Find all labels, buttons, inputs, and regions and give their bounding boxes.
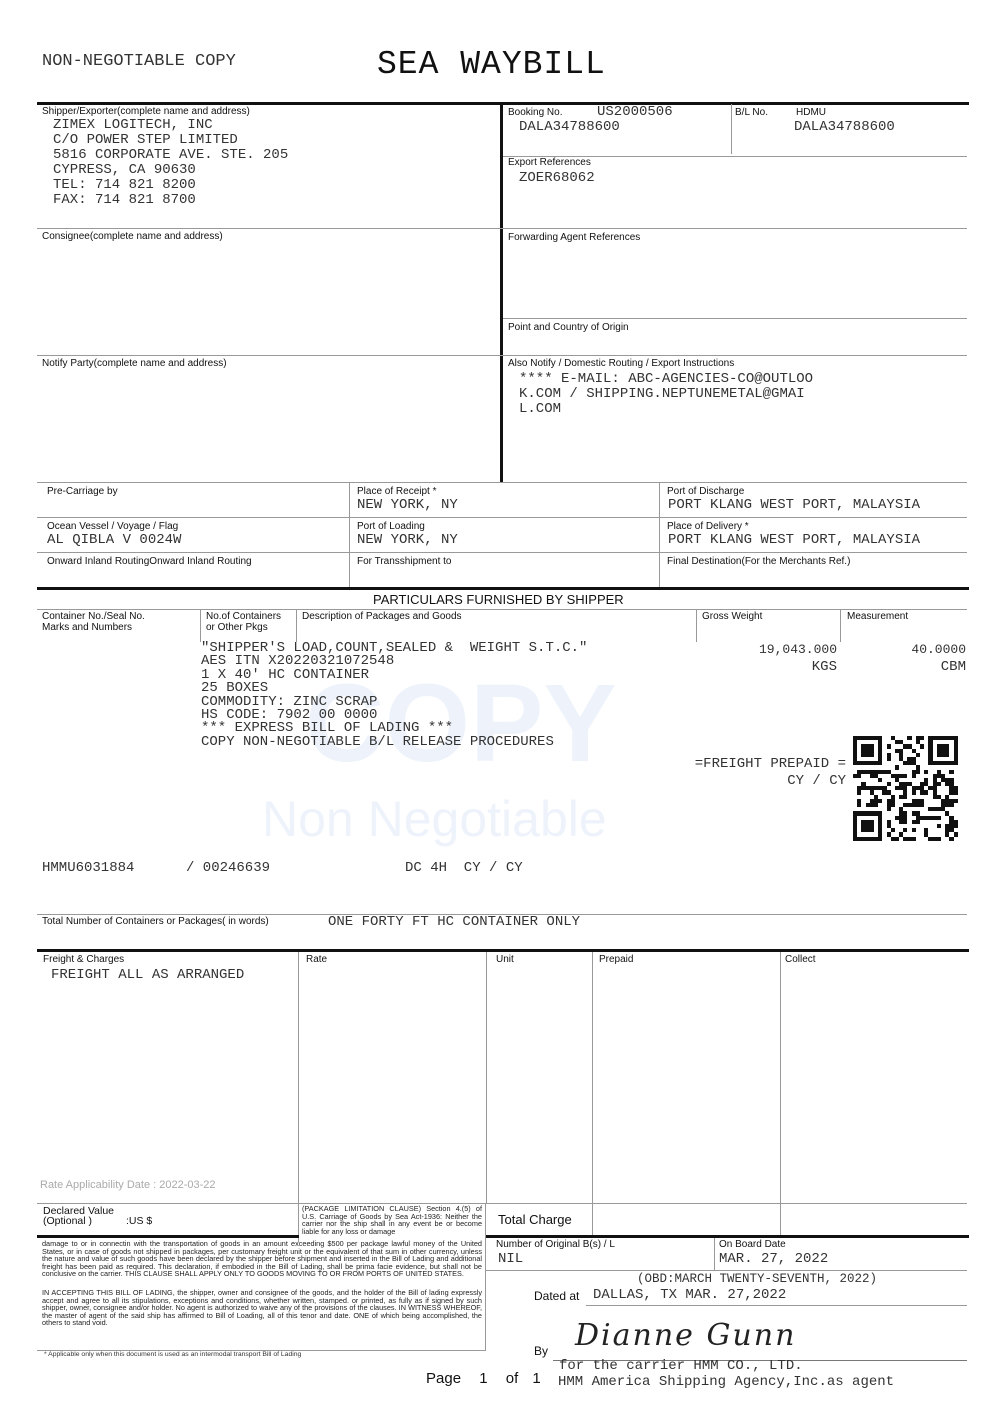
ocean-vessel-value: AL QIBLA V 0024W (47, 533, 181, 548)
divider (37, 1203, 967, 1204)
notify-party-label: Notify Party(complete name and address) (42, 358, 227, 369)
num-containers-header: No.of Containers or Other Pkgs (206, 611, 281, 633)
divider (37, 587, 969, 590)
page-label: Page (426, 1370, 461, 1387)
freight-prepaid-note: =FREIGHT PREPAID = (695, 756, 846, 772)
of-label: of (506, 1370, 519, 1387)
particulars-title: PARTICULARS FURNISHED BY SHIPPER (373, 592, 624, 607)
divider (349, 483, 350, 588)
export-references-label: Export References (508, 157, 591, 168)
dated-at-label: Dated at (534, 1289, 579, 1303)
also-notify-label: Also Notify / Domestic Routing / Export … (508, 358, 734, 369)
also-notify-value: **** E-MAIL: ABC-AGENCIES-CO@OUTLOO K.CO… (519, 372, 813, 417)
divider (37, 1235, 299, 1238)
shipper-address: ZIMEX LOGITECH, INC C/O POWER STEP LIMIT… (53, 118, 288, 208)
goods-description: "SHIPPER'S LOAD,COUNT,SEALED & WEIGHT S.… (201, 642, 587, 749)
divider (586, 1305, 967, 1306)
place-of-receipt-label: Place of Receipt * (357, 486, 437, 497)
current-page: 1 (479, 1370, 487, 1387)
divider (37, 517, 967, 518)
port-of-discharge-value: PORT KLANG WEST PORT, MALAYSIA (668, 498, 920, 513)
declared-value-currency: :US $ (126, 1215, 152, 1227)
on-board-date-label: On Board Date (719, 1239, 786, 1250)
charges-header-prepaid: Prepaid (599, 954, 633, 965)
divider (486, 952, 487, 1204)
ocean-vessel-label: Ocean Vessel / Voyage / Flag (47, 521, 178, 532)
charges-header-unit: Unit (496, 954, 514, 965)
divider (37, 482, 967, 483)
freight-terms: CY / CY (787, 773, 846, 789)
measurement-header: Measurement (847, 611, 908, 622)
divider (714, 1238, 715, 1270)
bl-number: DALA34788600 (794, 120, 895, 135)
charges-header-description: Freight & Charges (43, 954, 124, 965)
acceptance-clause: IN ACCEPTING THIS BILL OF LADING, the sh… (42, 1289, 482, 1327)
divider (37, 609, 967, 610)
divider (485, 1204, 486, 1351)
divider (696, 610, 697, 642)
total-packages-label: Total Number of Containers or Packages( … (42, 916, 269, 927)
origin-label: Point and Country of Origin (508, 322, 629, 333)
seal-number: / 00246639 (186, 860, 270, 876)
declared-value-label: Declared Value (Optional ) (43, 1206, 114, 1226)
carrier-line-1: for the carrier HMM CO., LTD. (559, 1358, 803, 1374)
gross-weight-value: 19,043.000 (759, 642, 837, 657)
booking-code: US2000506 (597, 105, 673, 120)
qr-code (853, 736, 958, 841)
package-limitation-clause: (PACKAGE LIMITATION CLAUSE) Section 4.(5… (302, 1205, 482, 1235)
charges-header-collect: Collect (785, 954, 816, 965)
document-title: SEA WAYBILL (377, 46, 606, 83)
divider (486, 1235, 969, 1238)
total-pages: 1 (532, 1370, 540, 1387)
container-header: Container No./Seal No. Marks and Numbers (42, 611, 145, 633)
description-header: Description of Packages and Goods (302, 611, 462, 622)
charge-description: FREIGHT ALL AS ARRANGED (51, 967, 244, 983)
on-board-date-value: MAR. 27, 2022 (719, 1252, 828, 1267)
originals-value: NIL (498, 1252, 523, 1267)
rate-applicability-date: Rate Applicability Date : 2022-03-22 (40, 1179, 216, 1191)
divider (200, 610, 201, 642)
shipper-label: Shipper/Exporter(complete name and addre… (42, 106, 250, 117)
consignee-label: Consignee(complete name and address) (42, 231, 223, 242)
booking-number: DALA34788600 (519, 120, 620, 135)
port-of-discharge-label: Port of Discharge (667, 486, 744, 497)
divider (592, 952, 593, 1237)
gross-weight-header: Gross Weight (702, 611, 762, 622)
total-charge-label: Total Charge (498, 1212, 572, 1227)
carrier-line-2: HMM America Shipping Agency,Inc.as agent (558, 1374, 894, 1390)
place-of-receipt-value: NEW YORK, NY (357, 498, 458, 513)
divider (37, 355, 967, 356)
center-divider (500, 102, 503, 482)
top-border (37, 102, 969, 105)
signature: Dianne Gunn (575, 1318, 796, 1353)
total-packages-value: ONE FORTY FT HC CONTAINER ONLY (328, 914, 580, 930)
intermodal-footnote: * Applicable only when this document is … (44, 1351, 301, 1358)
final-destination-label: Final Destination(For the Merchants Ref.… (667, 556, 850, 567)
transshipment-label: For Transshipment to (357, 556, 451, 567)
charges-header-rate: Rate (306, 954, 327, 965)
booking-label: Booking No. (508, 107, 562, 118)
bl-label: B/L No. (735, 107, 768, 118)
port-of-loading-label: Port of Loading (357, 521, 425, 532)
divider (503, 318, 967, 319)
divider (298, 952, 299, 1242)
measurement-unit: CBM (941, 659, 966, 675)
divider (37, 228, 967, 229)
declared-value-label-line2: (Optional ) (43, 1216, 114, 1226)
forwarding-agent-label: Forwarding Agent References (508, 232, 640, 243)
pre-carriage-label: Pre-Carriage by (47, 486, 118, 497)
divider (840, 610, 841, 642)
booking-bl-divider (731, 104, 732, 154)
obd-words: (OBD:MARCH TWENTY-SEVENTH, 2022) (637, 1272, 877, 1286)
place-of-delivery-label: Place of Delivery * (667, 521, 749, 532)
container-number: HMMU6031884 (42, 860, 134, 876)
gross-weight-unit: KGS (812, 659, 837, 675)
onward-routing-label: Onward Inland RoutingOnward Inland Routi… (47, 556, 252, 567)
measurement-value: 40.0000 (911, 642, 966, 657)
port-of-loading-value: NEW YORK, NY (357, 533, 458, 548)
non-negotiable-copy-label: NON-NEGOTIABLE COPY (42, 52, 236, 71)
divider (780, 952, 781, 1237)
divider (659, 483, 660, 588)
bl-prefix: HDMU (796, 107, 826, 118)
divider (296, 610, 297, 642)
divider (37, 552, 967, 553)
by-label: By (534, 1344, 548, 1358)
pagination: Page 1 of 1 (426, 1370, 541, 1387)
divider (486, 1270, 967, 1271)
place-of-delivery-value: PORT KLANG WEST PORT, MALAYSIA (668, 533, 920, 548)
non-negotiable-watermark: Non Negotiable (262, 790, 607, 848)
dated-at-value: DALLAS, TX MAR. 27,2022 (593, 1288, 786, 1303)
export-references-value: ZOER68062 (519, 171, 595, 186)
divider (37, 949, 969, 952)
originals-label: Number of Original B(s) / L (496, 1239, 615, 1250)
package-limitation-clause-continued: damage to or in connectin with the trans… (42, 1240, 482, 1278)
container-type: DC 4H CY / CY (405, 860, 523, 876)
